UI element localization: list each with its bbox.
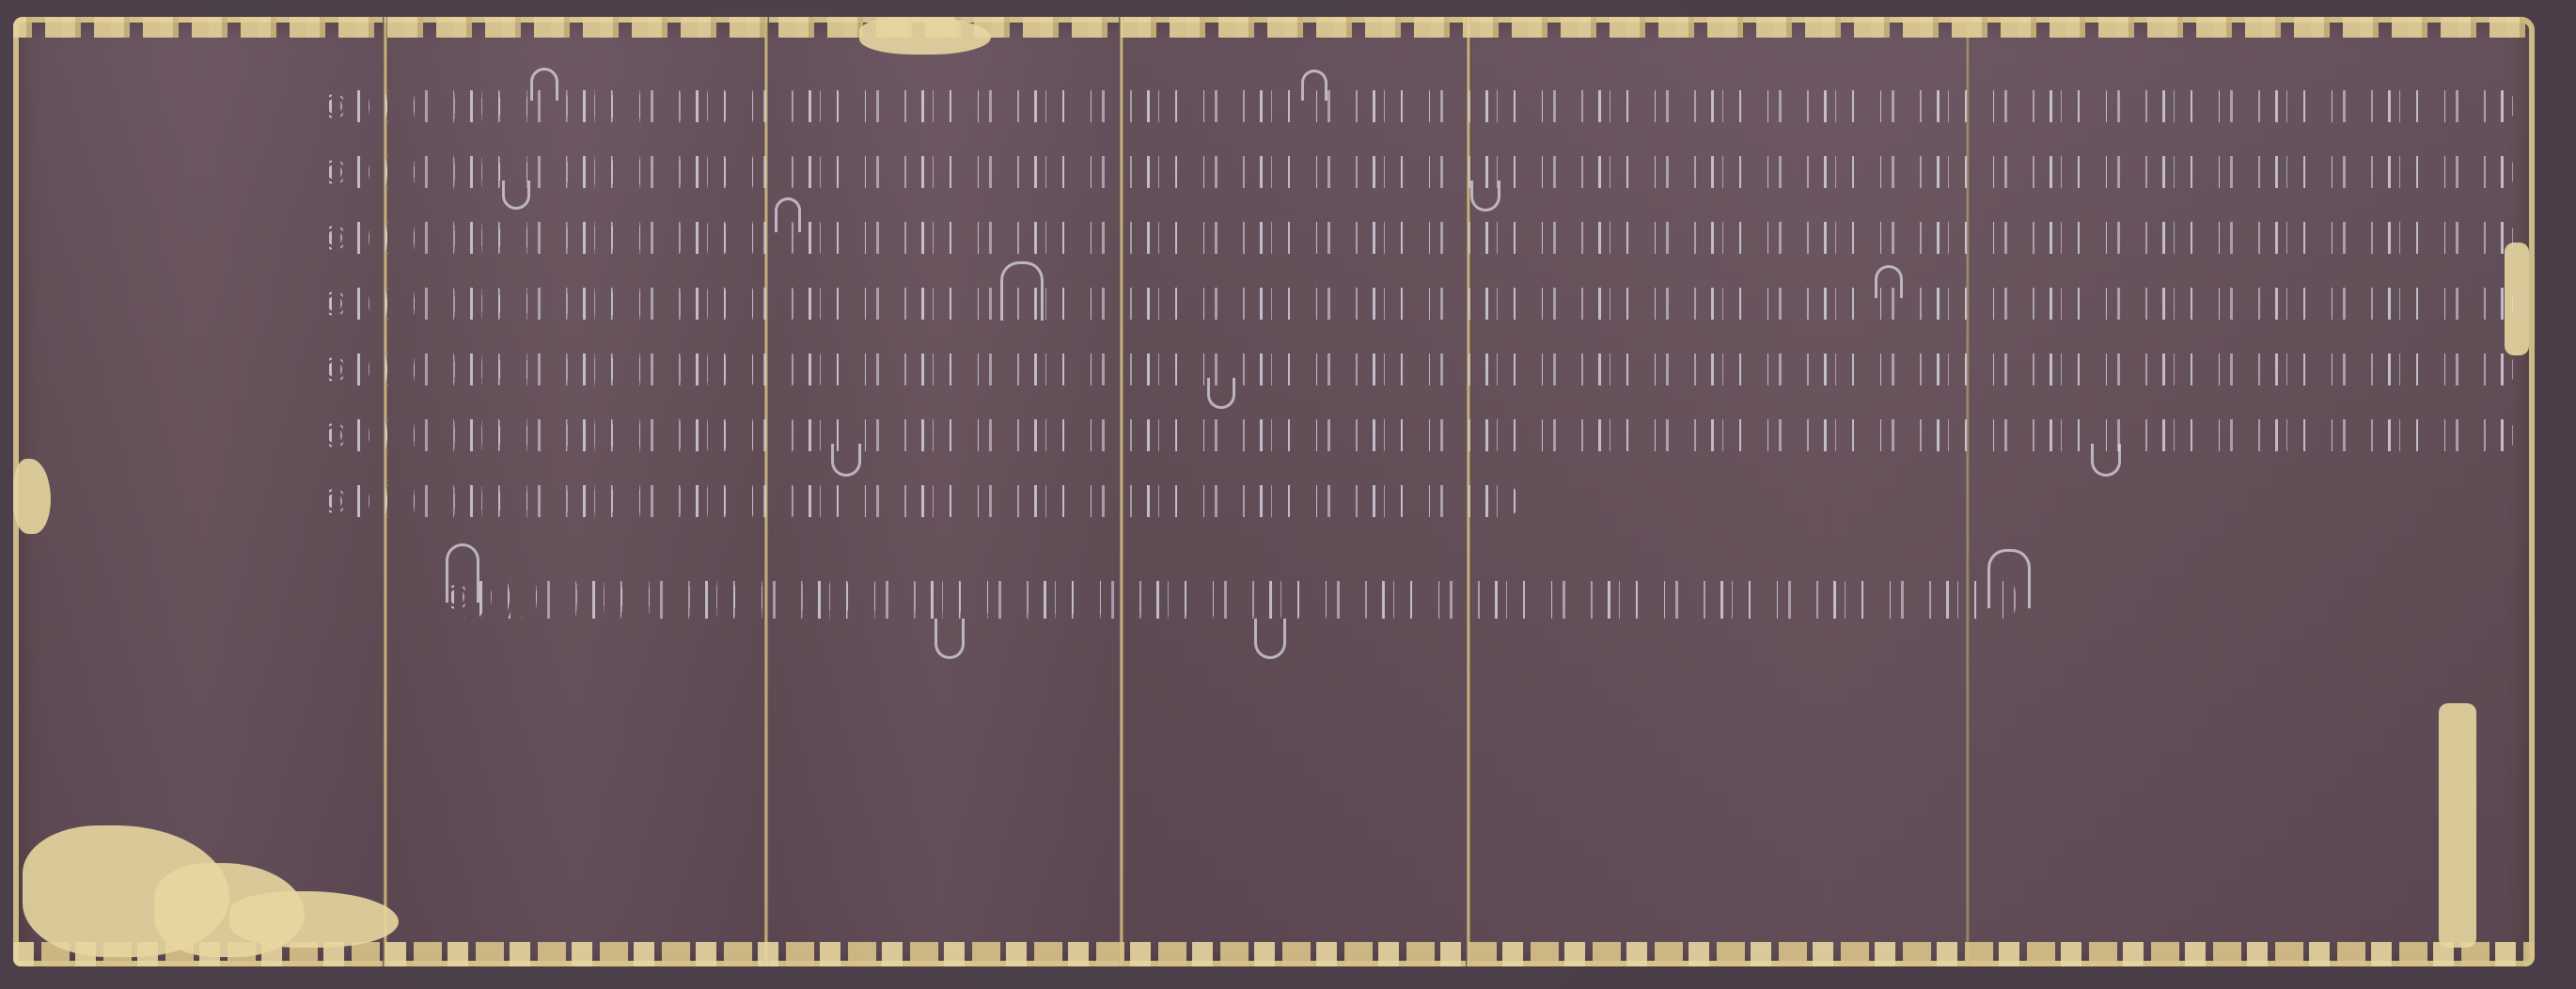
handwritten-text-strokes <box>323 222 2514 254</box>
letter-ascender <box>1875 265 1903 298</box>
text-line <box>323 402 2505 464</box>
letter-ascender <box>530 68 558 101</box>
handwritten-text-strokes <box>446 581 2016 619</box>
letter-ascender <box>1000 261 1044 321</box>
letter-ascender <box>775 197 801 232</box>
text-line <box>323 205 2505 267</box>
manuscript-page: Burmese parabaik (folding-book manuscrip… <box>13 17 2535 966</box>
top-edge-wear <box>13 17 2535 38</box>
edge-wear-patch <box>2439 703 2476 948</box>
text-line <box>323 73 2505 135</box>
handwritten-text-strokes <box>323 353 2514 385</box>
edge-wear-patch <box>859 17 991 55</box>
text-line <box>323 139 2505 201</box>
handwritten-text-strokes <box>323 156 2514 188</box>
handwritten-text-strokes <box>323 419 2514 451</box>
main-text-block <box>323 73 2505 534</box>
text-line <box>323 271 2505 333</box>
letter-ascender <box>1301 70 1327 101</box>
handwritten-text-strokes <box>323 288 2514 320</box>
letter-ascender <box>1987 549 2031 608</box>
bottom-edge-wear <box>13 942 2535 966</box>
handwritten-text-strokes <box>323 485 1517 517</box>
letter-descender <box>1254 619 1286 659</box>
text-line <box>323 337 2505 399</box>
handwritten-text-strokes <box>323 90 2514 122</box>
text-line <box>323 468 2505 530</box>
letter-descender <box>935 619 965 659</box>
